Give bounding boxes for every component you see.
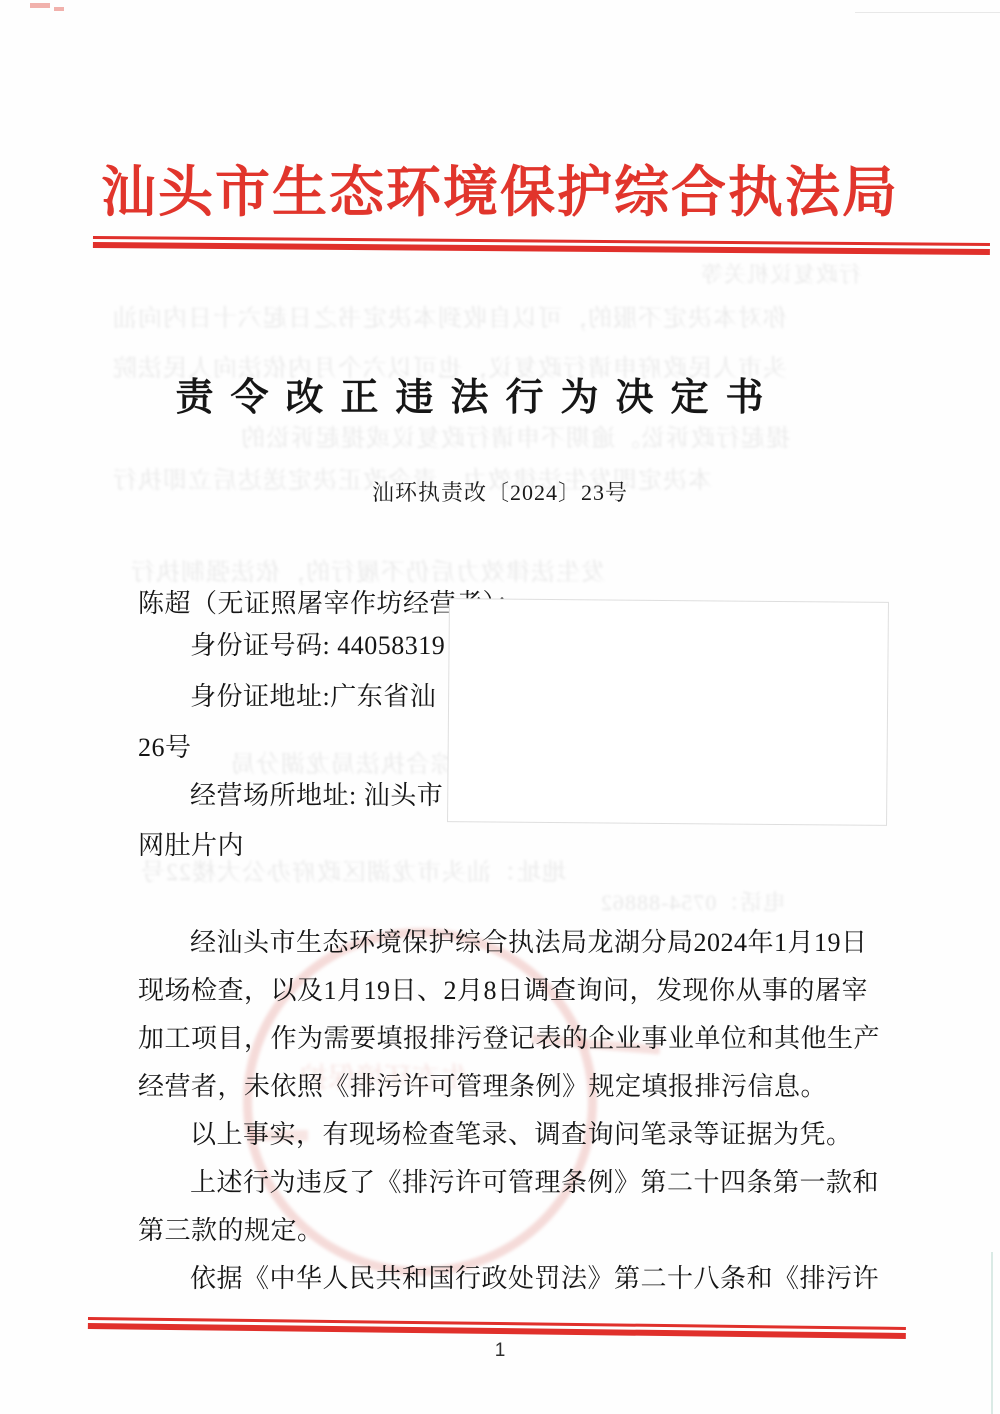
recipient-id-number: 身份证号码: 44058319 xyxy=(190,625,445,662)
bleed-line: 头市人民政府申请行政复议，也可以六个月内依法向人民法院 xyxy=(112,348,787,383)
bleed-line: 行政复议机关等 xyxy=(700,258,861,289)
bleed-line: 发生法律效力后仍不履行的，依法强制执行 xyxy=(130,552,605,587)
bleed-line: 电话：0754-88862 xyxy=(600,886,785,917)
body-line: 第三款的规定。 xyxy=(138,1210,324,1247)
bleed-line: 提起行政诉讼。逾期不申请行政复议或提起诉讼的 xyxy=(240,418,790,453)
recipient-id-address: 身份证地址:广东省汕 xyxy=(190,676,436,713)
body-line: 经汕头市生态环境保护综合执法局龙湖分局2024年1月19日 xyxy=(190,922,868,959)
body-line: 上述行为违反了《排污许可管理条例》第二十四条第一款和 xyxy=(190,1162,879,1199)
body-line: 经营者，未依照《排污许可管理条例》规定填报排污信息。 xyxy=(138,1066,827,1103)
redaction-box xyxy=(447,598,889,826)
recipient-id-address-cont: 26号 xyxy=(138,727,192,764)
body-line: 以上事实，有现场检查笔录、调查询问笔录等证据为凭。 xyxy=(190,1114,853,1151)
recipient-business-address: 经营场所地址: 汕头市 xyxy=(190,775,443,812)
recipient-business-address-cont: 网肚片内 xyxy=(138,825,244,862)
document-page: 行政复议机关等 你对本决定不服的，可以自收到本决定书之日起六十日内向汕 头市人民… xyxy=(0,0,1000,1414)
bleed-line: 本决定即发生法律效力。责令改正决定送达后立即执行 xyxy=(112,460,712,495)
body-line: 现场检查，以及1月19日、2月8日调查询问，发现你从事的屠宰 xyxy=(138,970,868,1007)
body-line: 加工项目，作为需要填报排污登记表的企业事业单位和其他生产 xyxy=(138,1018,880,1055)
body-line: 依据《中华人民共和国行政处罚法》第二十八条和《排污许 xyxy=(190,1258,879,1295)
bleed-line: 你对本决定不服的，可以自收到本决定书之日起六十日内向汕 xyxy=(112,298,787,333)
